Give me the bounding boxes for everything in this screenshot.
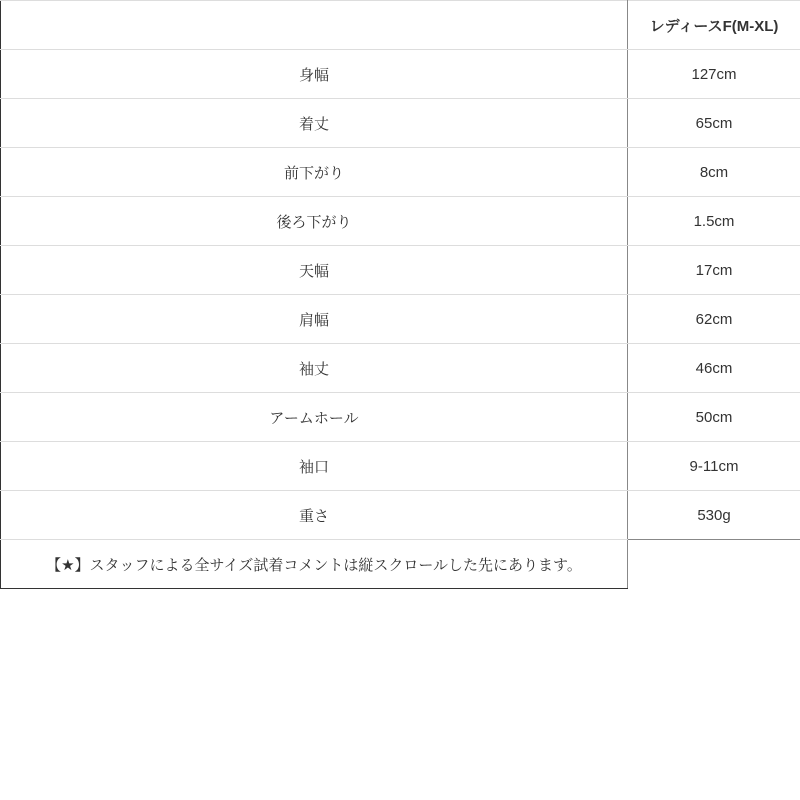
row-value: 65cm (628, 99, 800, 148)
note-row: 【★】スタッフによる全サイズ試着コメントは縦スクロールした先にあります。 (1, 540, 800, 589)
row-value: 46cm (628, 344, 800, 393)
size-chart-table: レディースF(M-XL) 身幅 127cm 着丈 65cm 前下がり 8cm 後… (0, 0, 800, 589)
row-label: 袖丈 (1, 344, 628, 393)
table-row: 重さ 530g (1, 491, 800, 540)
row-label: 重さ (1, 491, 628, 540)
table-row: 袖丈 46cm (1, 344, 800, 393)
table-row: アームホール 50cm (1, 393, 800, 442)
row-label: 前下がり (1, 148, 628, 197)
row-label: 後ろ下がり (1, 197, 628, 246)
table-row: 着丈 65cm (1, 99, 800, 148)
row-label: 身幅 (1, 50, 628, 99)
row-label: 天幅 (1, 246, 628, 295)
row-value: 8cm (628, 148, 800, 197)
table-row: 肩幅 62cm (1, 295, 800, 344)
header-row: レディースF(M-XL) (1, 1, 800, 50)
row-value: 1.5cm (628, 197, 800, 246)
row-value: 50cm (628, 393, 800, 442)
row-value: 62cm (628, 295, 800, 344)
header-label-cell (1, 1, 628, 50)
header-size-cell: レディースF(M-XL) (628, 1, 800, 50)
table-row: 前下がり 8cm (1, 148, 800, 197)
table-row: 天幅 17cm (1, 246, 800, 295)
row-value: 127cm (628, 50, 800, 99)
row-label: 着丈 (1, 99, 628, 148)
row-label: 肩幅 (1, 295, 628, 344)
table-row: 身幅 127cm (1, 50, 800, 99)
row-value: 530g (628, 491, 800, 540)
table-row: 袖口 9-11cm (1, 442, 800, 491)
empty-cell (628, 540, 800, 589)
table-row: 後ろ下がり 1.5cm (1, 197, 800, 246)
row-value: 9-11cm (628, 442, 800, 491)
row-value: 17cm (628, 246, 800, 295)
row-label: 袖口 (1, 442, 628, 491)
staff-comment-note: 【★】スタッフによる全サイズ試着コメントは縦スクロールした先にあります。 (1, 540, 628, 589)
row-label: アームホール (1, 393, 628, 442)
